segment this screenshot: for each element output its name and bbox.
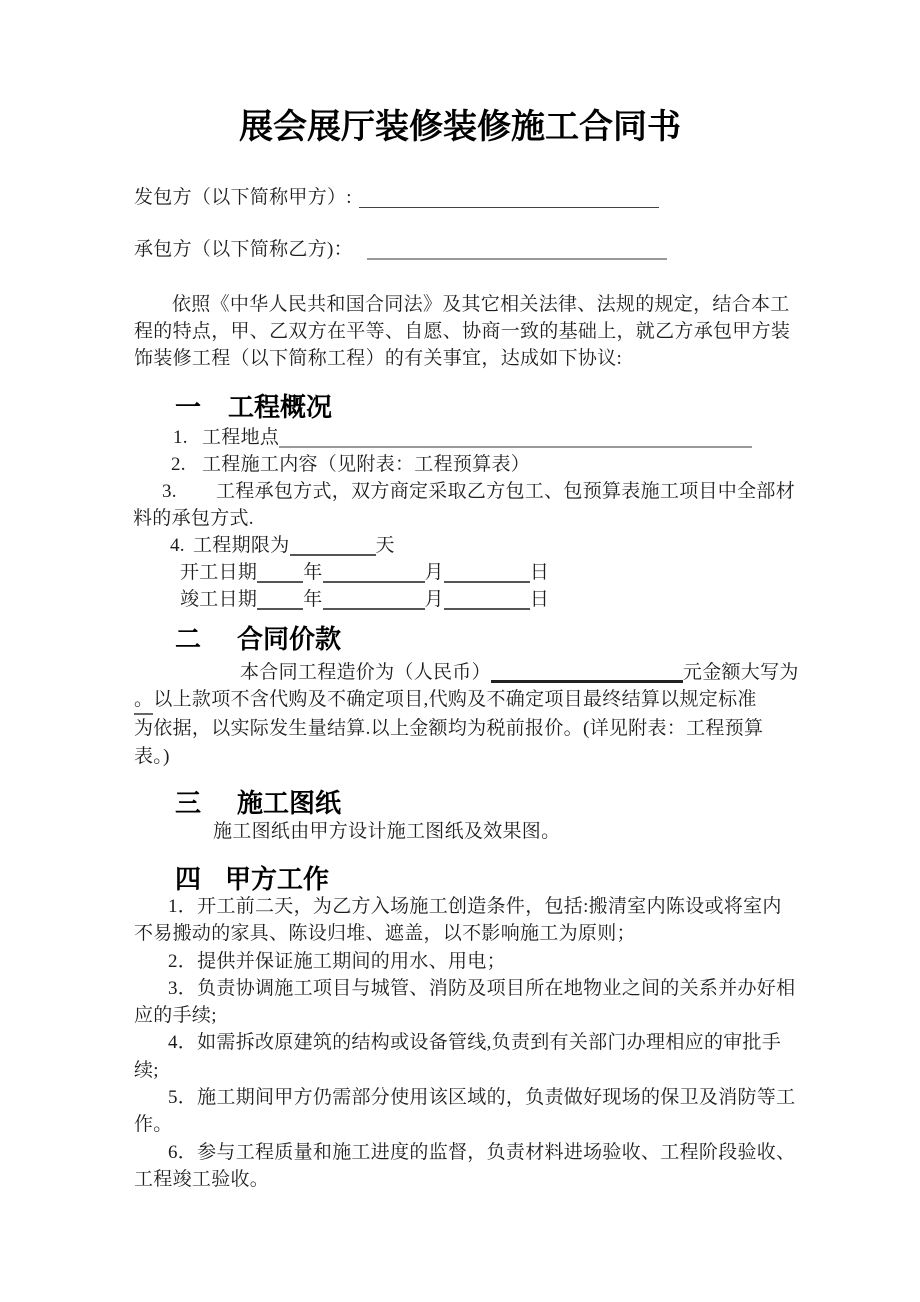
completion-day-label: 日 bbox=[530, 589, 549, 610]
party-a-work-item-1-line-2: 不易搬动的家具、陈设归堆、遮盖，以不影响施工为原则； bbox=[134, 920, 794, 947]
party-a-work-item-4-line-1: 4．如需拆改原建筑的结构或设备管线,负责到有关部门办理相应的审批手 bbox=[134, 1029, 794, 1056]
amount-in-words-blank-end: 。 bbox=[134, 686, 153, 715]
contract-price-line-4: 表。) bbox=[134, 743, 794, 770]
contract-price-line-1: 本合同工程造价为（人民币）元金额大写为 bbox=[134, 659, 794, 686]
project-location-item: 1.工程地点 bbox=[134, 424, 752, 451]
party-a-work-item-6-line-2: 工程竣工验收。 bbox=[134, 1166, 794, 1193]
start-day-label: 日 bbox=[530, 562, 549, 583]
contract-price-prefix: 本合同工程造价为（人民币） bbox=[240, 662, 491, 683]
contracting-method-item-line-1: 3.工程承包方式，双方商定采取乙方包工、包预算表施工项目中全部材 bbox=[134, 478, 795, 505]
start-day-blank-field bbox=[444, 561, 530, 583]
construction-drawings-text: 施工图纸由甲方设计施工图纸及效果图。 bbox=[213, 821, 560, 842]
party-a-work-item-5-line-2: 作。 bbox=[134, 1111, 794, 1138]
party-a-work-item-5-line-1: 5．施工期间甲方仍需部分使用该区域的，负责做好现场的保卫及消防等工 bbox=[134, 1084, 794, 1111]
contracting-method-text-1: 工程承包方式，双方商定采取乙方包工、包预算表施工项目中全部材 bbox=[216, 481, 795, 502]
party-a-work-item-3-line-2: 应的手续; bbox=[134, 1002, 794, 1029]
start-month-blank-field bbox=[323, 561, 425, 583]
contract-price-line-3: 为依据，以实际发生量结算.以上金额均为税前报价。(详见附表：工程预算 bbox=[134, 715, 794, 742]
completion-month-blank-field bbox=[323, 588, 425, 610]
party-a-blank-field bbox=[359, 187, 659, 208]
contract-price-blank-field bbox=[491, 660, 683, 683]
section-1-number: 一 bbox=[175, 390, 228, 424]
party-a-work-item-4-line-2: 续; bbox=[134, 1057, 794, 1084]
party-a-work-item-2: 2．提供并保证施工期间的用水、用电； bbox=[134, 948, 794, 975]
preamble-line-1: 依照《中华人民共和国合同法》及其它相关法律、法规的规定，结合本工 bbox=[134, 291, 794, 318]
party-a-line: 发包方（以下简称甲方）: bbox=[134, 184, 659, 211]
section-4-title: 甲方工作 bbox=[225, 864, 329, 894]
duration-unit-label: 天 bbox=[376, 535, 395, 556]
contract-price-line-2: 。以上款项不含代购及不确定项目,代购及不确定项目最终结算以规定标准 bbox=[134, 686, 794, 715]
section-4-heading: 四甲方工作 bbox=[175, 862, 329, 896]
start-year-blank-field bbox=[257, 561, 303, 583]
contract-price-paragraph: 本合同工程造价为（人民币）元金额大写为 。以上款项不含代购及不确定项目,代购及不… bbox=[134, 659, 794, 770]
start-date-label: 开工日期 bbox=[180, 562, 257, 583]
document-title: 展会展厅装修装修施工合同书 bbox=[0, 104, 920, 150]
completion-month-label: 月 bbox=[425, 589, 444, 610]
preamble-line-3: 饰装修工程（以下简称工程）的有关事宜，达成如下协议: bbox=[134, 345, 794, 372]
start-year-label: 年 bbox=[303, 562, 322, 583]
section-3-title: 施工图纸 bbox=[237, 788, 341, 818]
party-a-work-list: 1．开工前二天，为乙方入场施工创造条件，包括:搬清室内陈设或将室内 不易搬动的家… bbox=[134, 893, 794, 1193]
contract-price-line-2-text: 以上款项不含代购及不确定项目,代购及不确定项目最终结算以规定标准 bbox=[153, 689, 756, 710]
start-date-line: 开工日期年月日 bbox=[134, 559, 549, 586]
project-duration-item: 4.工程期限为天 bbox=[134, 532, 395, 559]
project-duration-label: 工程期限为 bbox=[193, 535, 290, 556]
section-3-heading: 三施工图纸 bbox=[175, 786, 341, 820]
item-3-number: 3. bbox=[162, 478, 216, 505]
contract-document-page: 展会展厅装修装修施工合同书 发包方（以下简称甲方）: 承包方（以下简称乙方)： … bbox=[0, 0, 920, 1302]
section-1-heading: 一工程概况 bbox=[175, 390, 332, 424]
completion-date-label: 竣工日期 bbox=[180, 589, 257, 610]
duration-days-blank-field bbox=[290, 534, 376, 556]
section-1-title: 工程概况 bbox=[228, 392, 332, 422]
party-b-blank-field bbox=[367, 238, 667, 260]
construction-drawings-paragraph: 施工图纸由甲方设计施工图纸及效果图。 bbox=[134, 818, 560, 845]
project-location-label: 工程地点 bbox=[202, 427, 279, 448]
section-2-title: 合同价款 bbox=[237, 624, 341, 654]
preamble-paragraph: 依照《中华人民共和国合同法》及其它相关法律、法规的规定，结合本工 程的特点，甲、… bbox=[134, 291, 794, 373]
section-3-number: 三 bbox=[175, 786, 237, 820]
contract-price-suffix: 元金额大写为 bbox=[683, 662, 799, 683]
completion-year-label: 年 bbox=[303, 589, 322, 610]
party-b-label: 承包方（以下简称乙方)： bbox=[134, 239, 353, 260]
completion-date-line: 竣工日期年月日 bbox=[134, 586, 549, 613]
party-a-work-item-1-line-1: 1．开工前二天，为乙方入场施工创造条件，包括:搬清室内陈设或将室内 bbox=[134, 893, 794, 920]
construction-content-text: 工程施工内容（见附表：工程预算表） bbox=[202, 454, 530, 475]
item-2-number: 2. bbox=[171, 451, 202, 478]
party-a-work-item-6-line-1: 6．参与工程质量和施工进度的监督，负责材料进场验收、工程阶段验收、 bbox=[134, 1139, 794, 1166]
item-1-number: 1. bbox=[173, 424, 202, 451]
contracting-method-text-2: 料的承包方式. bbox=[133, 508, 254, 529]
item-4-number: 4. bbox=[170, 532, 193, 559]
completion-year-blank-field bbox=[257, 588, 303, 610]
party-a-label: 发包方（以下简称甲方）: bbox=[134, 187, 352, 208]
project-location-blank-field bbox=[279, 426, 752, 448]
construction-content-item: 2.工程施工内容（见附表：工程预算表） bbox=[134, 451, 530, 478]
contracting-method-item-line-2: 料的承包方式. bbox=[133, 505, 254, 532]
party-a-work-item-3-line-1: 3．负责协调施工项目与城管、消防及项目所在地物业之间的关系并办好相 bbox=[134, 975, 794, 1002]
party-b-line: 承包方（以下简称乙方)： bbox=[134, 236, 667, 263]
section-2-number: 二 bbox=[175, 622, 237, 656]
section-4-number: 四 bbox=[175, 862, 225, 896]
completion-day-blank-field bbox=[444, 588, 530, 610]
section-2-heading: 二合同价款 bbox=[175, 622, 341, 656]
preamble-line-2: 程的特点，甲、乙双方在平等、自愿、协商一致的基础上，就乙方承包甲方装 bbox=[134, 318, 794, 345]
start-month-label: 月 bbox=[425, 562, 444, 583]
